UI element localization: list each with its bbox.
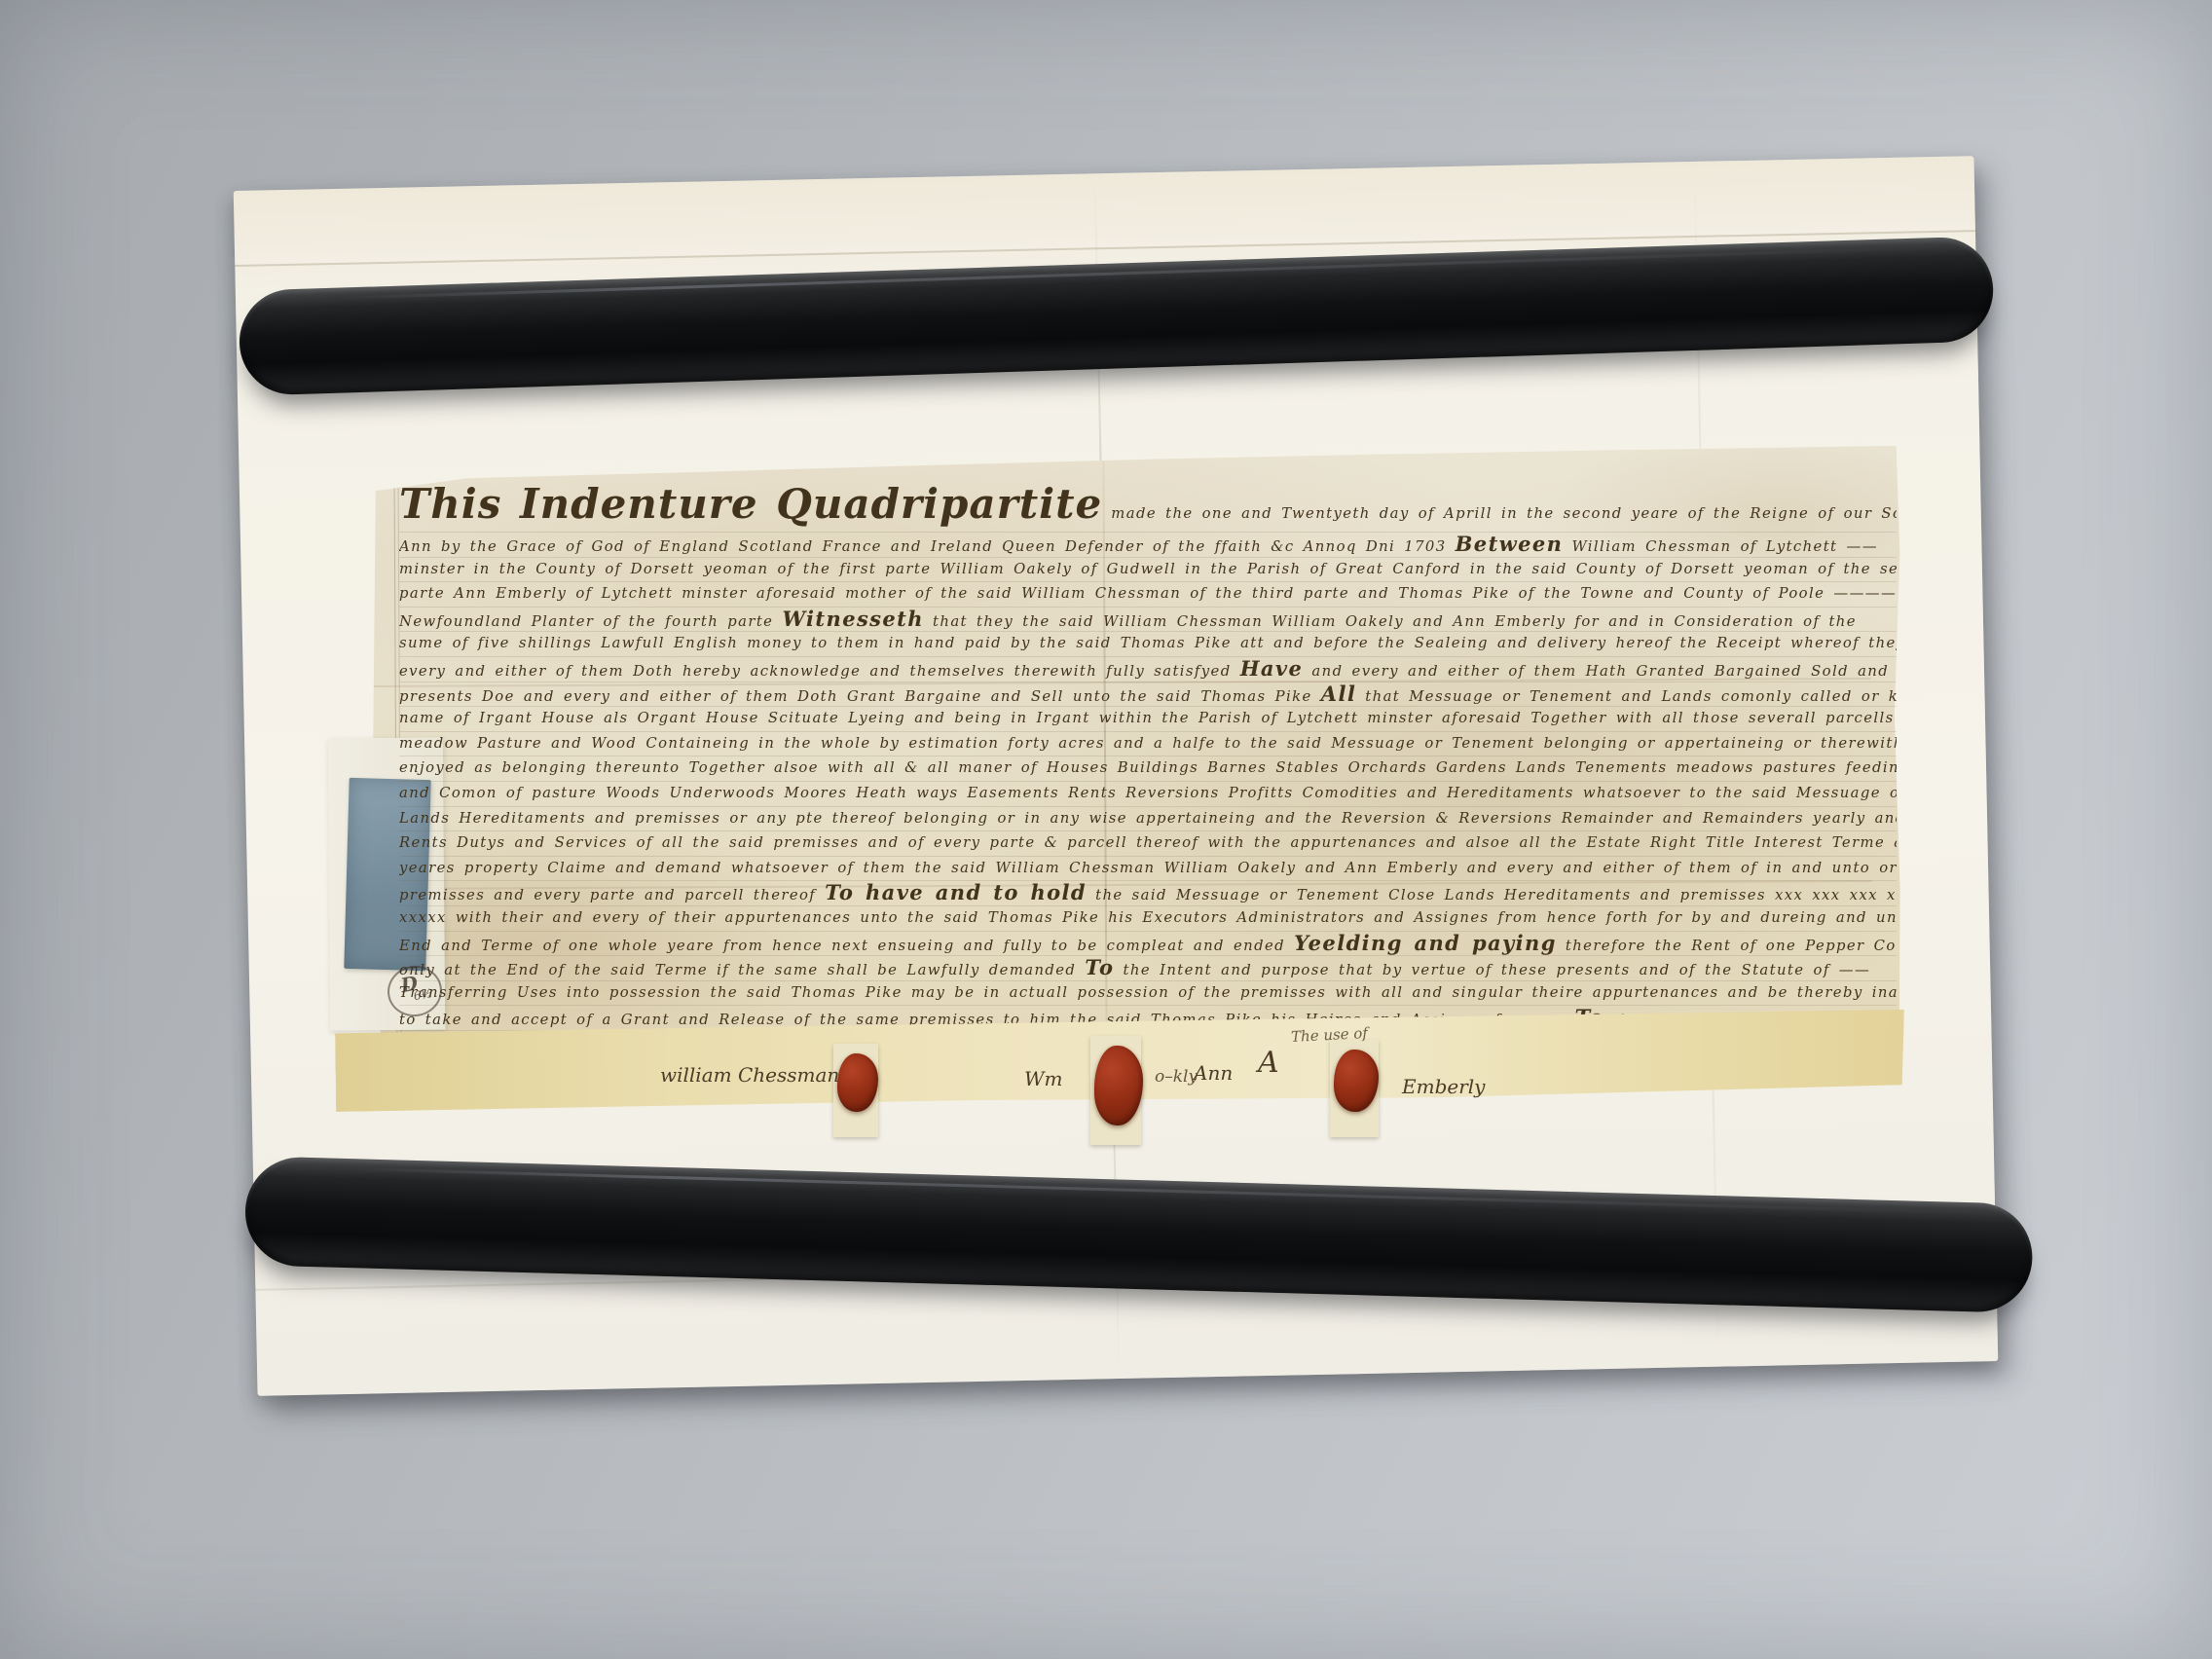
use-annotation: The use of [1291, 1024, 1369, 1046]
signature-ann: Ann [1194, 1061, 1233, 1085]
signature-william-chessman: william Chessman [660, 1063, 839, 1087]
signature-oakely-initials: Wm [1024, 1067, 1063, 1090]
oakely-mark: o–kly [1155, 1067, 1198, 1087]
ann-mark: A [1258, 1046, 1279, 1080]
signature-emberly: Emberly [1402, 1075, 1485, 1098]
photo-scene: D 6½ This Indenture Quadripartite made t… [0, 0, 2212, 1659]
